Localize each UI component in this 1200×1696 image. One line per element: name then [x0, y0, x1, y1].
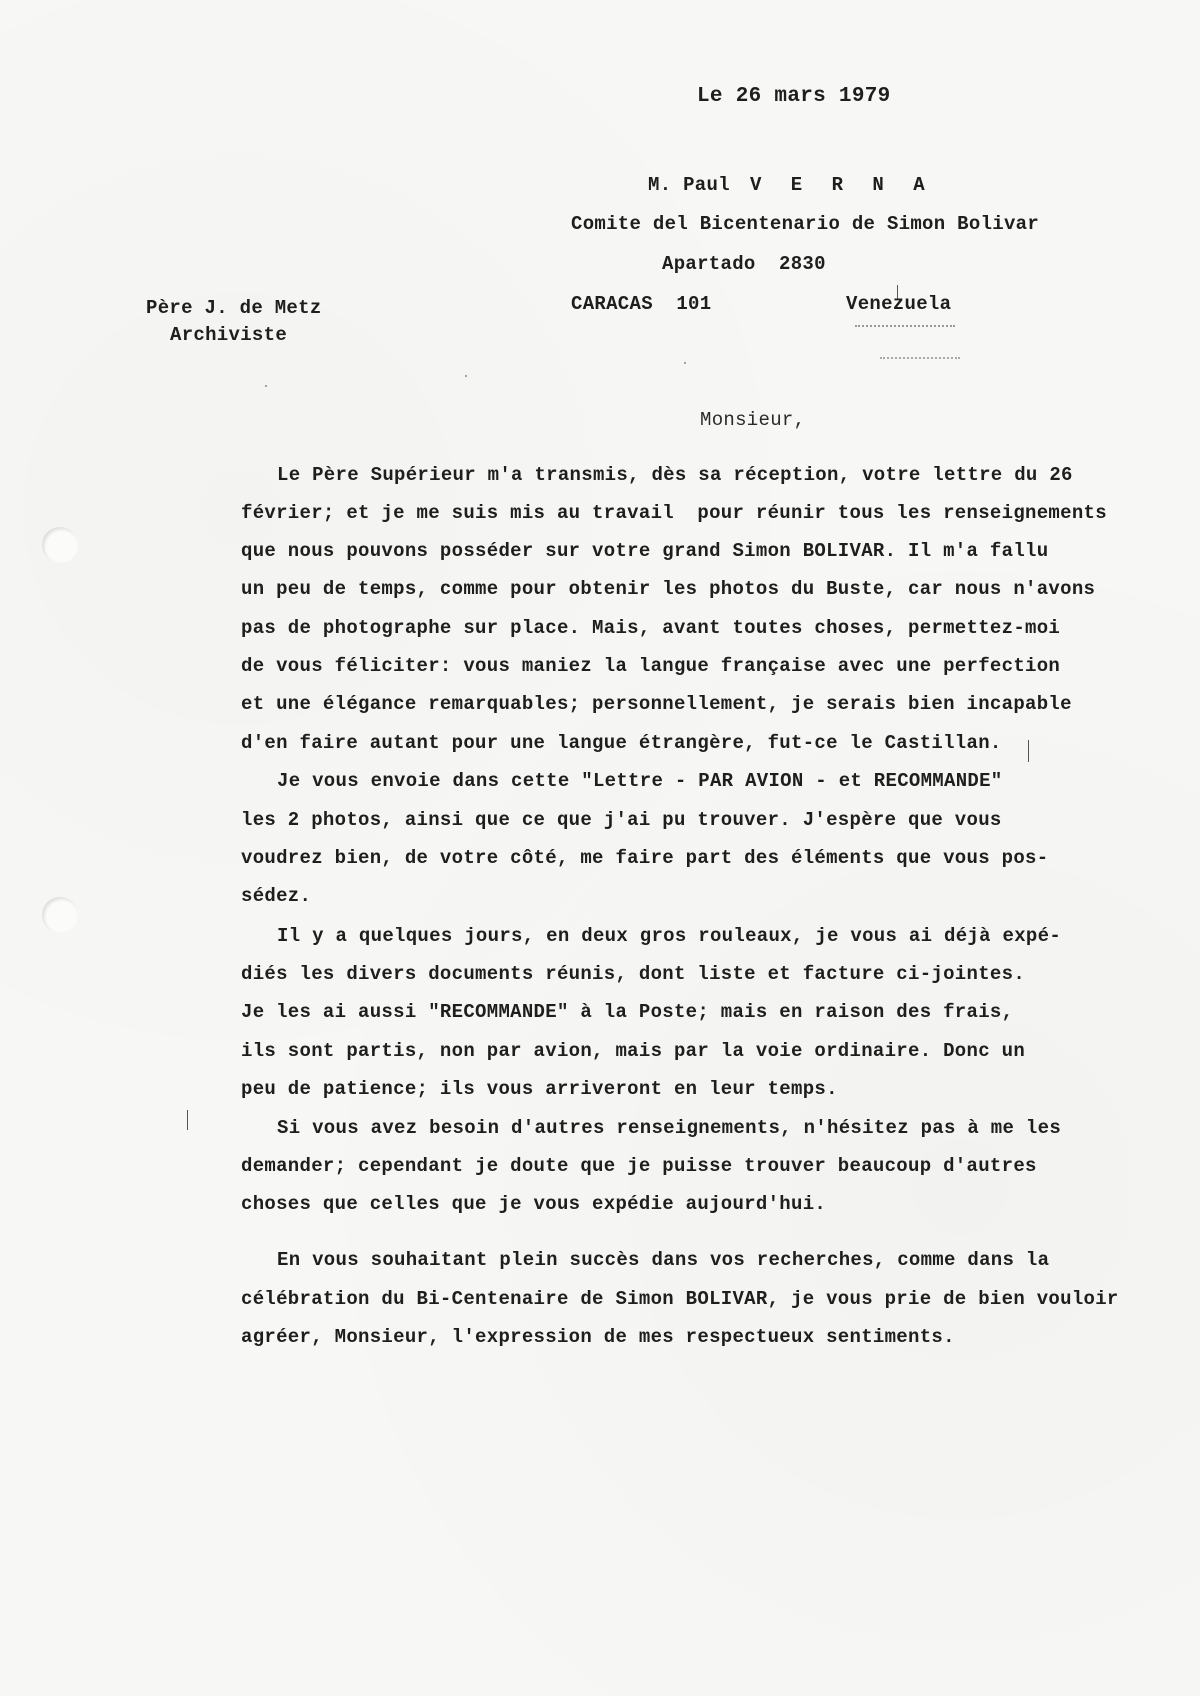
speck [465, 375, 467, 377]
recipient-name-prefix: M. Paul [648, 174, 730, 196]
speck [684, 362, 686, 364]
recipient-country: Venezuela [846, 293, 951, 315]
letter-date: Le 26 mars 1979 [697, 86, 891, 108]
body-line: un peu de temps, comme pour obtenir les … [241, 578, 1095, 600]
body-line: de vous féliciter: vous maniez la langue… [241, 655, 1060, 677]
punch-hole-top [42, 527, 78, 563]
punch-hole-bottom [42, 897, 78, 933]
body-line: peu de patience; ils vous arriveront en … [241, 1078, 838, 1100]
letter-page: Le 26 mars 1979 M. Paul V E R N A Comite… [0, 0, 1200, 1696]
body-line: d'en faire autant pour une langue étrang… [241, 732, 1002, 754]
body-line: Si vous avez besoin d'autres renseigneme… [277, 1117, 1061, 1139]
body-line: agréer, Monsieur, l'expression de mes re… [241, 1326, 955, 1348]
body-line: voudrez bien, de votre côté, me faire pa… [241, 847, 1048, 869]
body-line: ils sont partis, non par avion, mais par… [241, 1040, 1025, 1062]
body-line: février; et je me suis mis au travail po… [241, 502, 1107, 524]
body-line: Le Père Supérieur m'a transmis, dès sa r… [277, 464, 1073, 486]
recipient-address: Apartado 2830 [662, 253, 826, 275]
recipient-city: CARACAS 101 [571, 293, 711, 315]
body-line: que nous pouvons posséder sur votre gran… [241, 540, 1048, 562]
body-line: Je vous envoie dans cette "Lettre - PAR … [277, 770, 1003, 792]
body-line: et une élégance remarquables; personnell… [241, 693, 1072, 715]
body-line: les 2 photos, ainsi que ce que j'ai pu t… [241, 809, 1002, 831]
body-line: choses que celles que je vous expédie au… [241, 1193, 826, 1215]
sender-title: Archiviste [170, 324, 287, 346]
speck [265, 385, 267, 387]
body-line: demander; cependant je doute que je puis… [241, 1155, 1037, 1177]
margin-mark [187, 1110, 188, 1130]
body-line: Il y a quelques jours, en deux gros roul… [277, 925, 1061, 947]
body-line: célébration du Bi-Centenaire de Simon BO… [241, 1288, 1119, 1310]
body-line: Je les ai aussi "RECOMMANDE" à la Poste;… [241, 1001, 1013, 1023]
recipient-organization: Comite del Bicentenario de Simon Bolivar [571, 213, 1039, 235]
dotted-marks [880, 357, 960, 361]
dotted-marks [855, 325, 955, 329]
body-line: diés les divers documents réunis, dont l… [241, 963, 1025, 985]
body-line: pas de photographe sur place. Mais, avan… [241, 617, 1060, 639]
salutation: Monsieur, [700, 409, 805, 431]
margin-mark [1028, 740, 1029, 762]
body-line: sédez. [241, 885, 311, 907]
sender-name: Père J. de Metz [146, 297, 322, 319]
recipient-surname: V E R N A [750, 174, 934, 196]
body-line: En vous souhaitant plein succès dans vos… [277, 1249, 1049, 1271]
